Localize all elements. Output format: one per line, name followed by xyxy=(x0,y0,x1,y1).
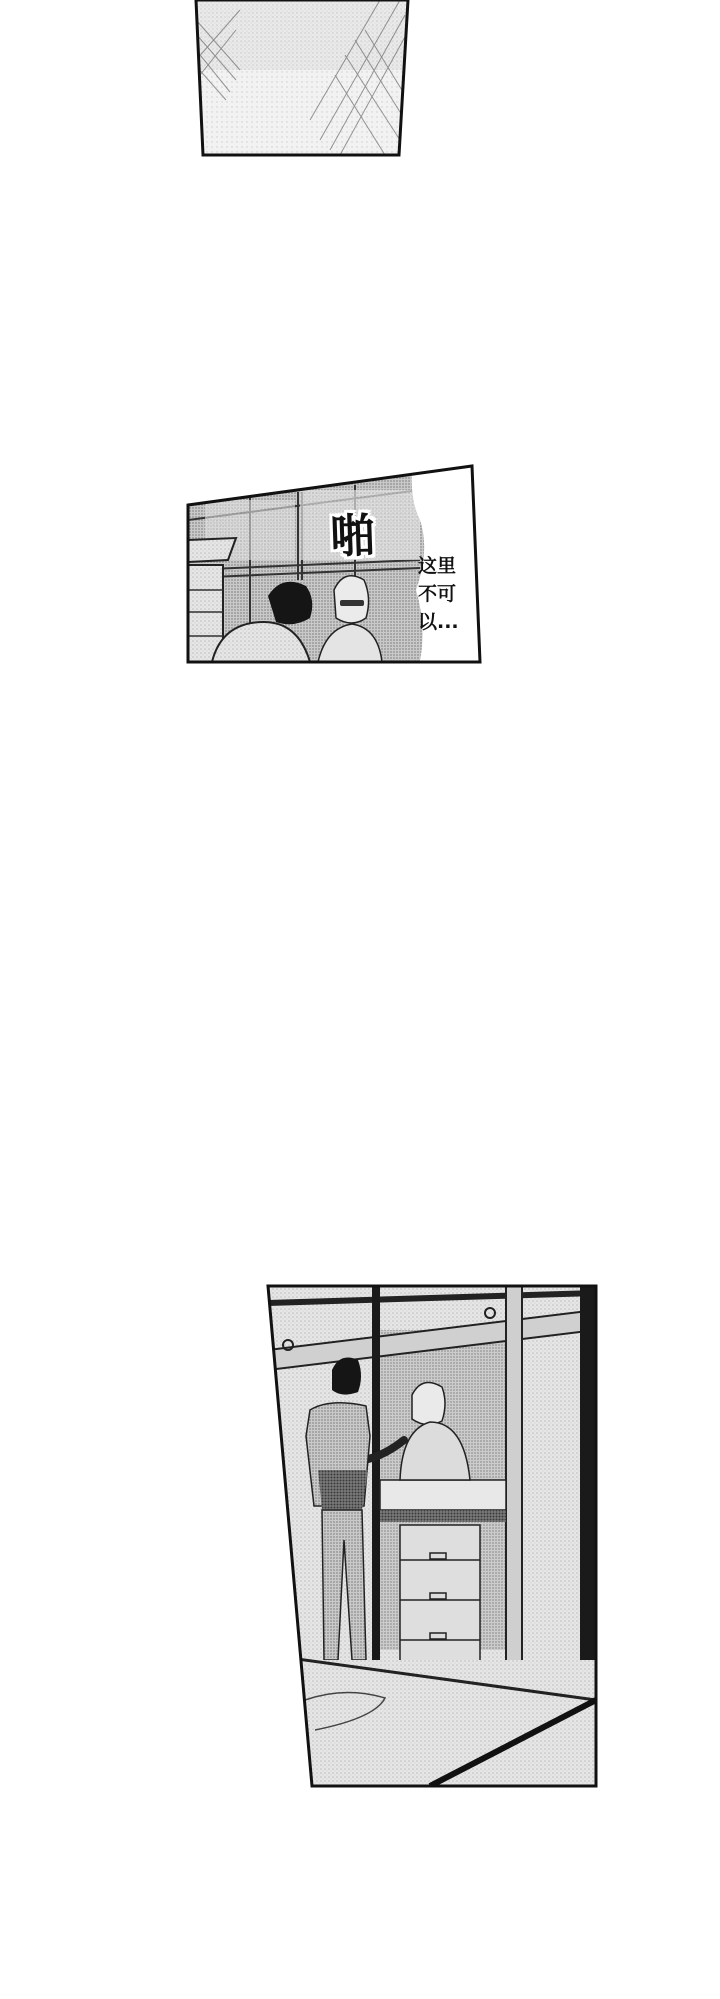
speech-text: 这里 不可 以... xyxy=(418,552,478,636)
speech-line: 这里 xyxy=(418,552,478,580)
panel-3 xyxy=(260,1280,600,1790)
speech-line: 不可 xyxy=(418,580,478,608)
panel-1 xyxy=(190,0,420,160)
panels-artwork xyxy=(0,0,720,1999)
speech-line: 以... xyxy=(418,608,478,636)
manga-page: 啪 这里 不可 以... xyxy=(0,0,720,1999)
sound-effect-text: 啪 xyxy=(329,499,373,566)
